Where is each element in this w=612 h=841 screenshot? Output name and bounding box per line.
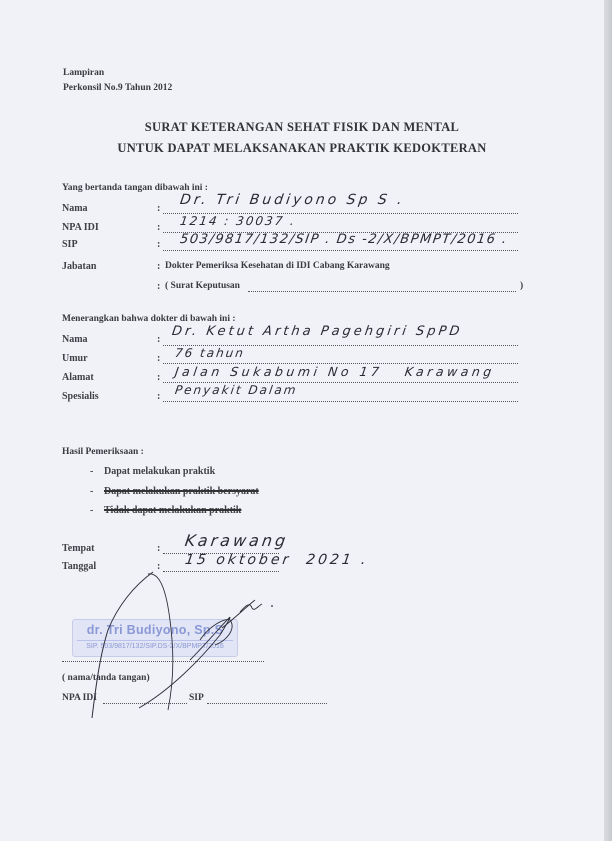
decree-open: ( Surat Keputusan: [165, 281, 240, 291]
position-value: Dokter Pemeriksa Kesehatan di IDI Cabang…: [165, 261, 390, 271]
subject-address-label: Alamat: [62, 372, 94, 383]
signer-sip-label: SIP: [62, 239, 78, 250]
subject-age-value: 76 tahun: [174, 346, 246, 360]
signer-sip-line: [163, 249, 518, 251]
attachment-label: Lampiran: [63, 68, 104, 78]
signer-sip-value: 503/9817/132/SIP . Ds -2/X/BPMPT/2016 .: [179, 232, 509, 247]
date-value: 15 oktober 2021 .: [184, 552, 370, 568]
signer-name-value: Dr. Tri Budiyono Sp S .: [179, 192, 406, 208]
subject-intro: Menerangkan bahwa dokter di bawah ini :: [62, 314, 236, 324]
sip-line: [207, 702, 327, 704]
result-option-2-text: Dapat melakukan praktik bersyarat: [104, 486, 259, 497]
signature-caption: ( nama/tanda tangan): [62, 673, 150, 683]
colon: :: [157, 261, 160, 272]
scan-edge: [604, 0, 612, 841]
result-option-3-text: Tidak dapat melakukan praktik: [104, 505, 241, 516]
signature-line: [62, 660, 264, 662]
colon: :: [157, 353, 160, 364]
stamp-sip: SIP. 503/9817/132/SIP.DS-2/X/BPMPT/2016: [77, 640, 233, 650]
colon: :: [157, 334, 160, 345]
place-label: Tempat: [62, 543, 94, 554]
colon: :: [157, 561, 160, 572]
colon: :: [157, 239, 160, 250]
result-option-1-text: Dapat melakukan praktik: [104, 466, 215, 477]
subject-age-label: Umur: [62, 353, 88, 364]
result-option-2: -Dapat melakukan praktik bersyarat: [90, 486, 259, 497]
place-value: Karawang: [184, 531, 290, 550]
result-option-3: -Tidak dapat melakukan praktik: [90, 505, 241, 516]
colon: :: [157, 543, 160, 554]
subject-specialty-line: [163, 400, 518, 402]
signer-npa-label: NPA IDI: [62, 222, 99, 233]
decree-line: [248, 290, 516, 292]
document-title-line2: UNTUK DAPAT MELAKSANAKAN PRAKTIK KEDOKTE…: [0, 141, 604, 156]
stamp-name: dr. Tri Budiyono, Sp.S: [73, 623, 237, 637]
colon: :: [157, 372, 160, 383]
results-heading: Hasil Pemeriksaan :: [62, 447, 144, 457]
subject-name-value: Dr. Ketut Artha Pagehgiri SpPD: [171, 324, 463, 339]
subject-specialty-label: Spesialis: [62, 391, 99, 402]
subject-specialty-value: Penyakit Dalam: [174, 383, 298, 397]
subject-name-label: Nama: [62, 334, 88, 345]
document-title-line1: SURAT KETERANGAN SEHAT FISIK DAN MENTAL: [0, 120, 604, 135]
sip-label: SIP: [189, 693, 204, 703]
decree-close: ): [520, 281, 523, 291]
regulation-reference: Perkonsil No.9 Tahun 2012: [63, 83, 172, 93]
colon: :: [157, 391, 160, 402]
npa-idi-line: [103, 702, 187, 704]
npa-idi-label: NPA IDI: [62, 693, 97, 703]
colon: :: [157, 222, 160, 233]
colon: :: [157, 203, 160, 214]
document-page: Lampiran Perkonsil No.9 Tahun 2012 SURAT…: [0, 0, 604, 841]
result-option-1: -Dapat melakukan praktik: [90, 466, 215, 477]
date-line: [163, 570, 279, 572]
date-label: Tanggal: [62, 561, 96, 572]
signer-name-label: Nama: [62, 203, 88, 214]
colon: :: [157, 281, 160, 292]
subject-address-value: Jalan Sukabumi No 17 Karawang: [174, 364, 496, 379]
position-label: Jabatan: [62, 261, 96, 272]
signer-npa-value: 1214 : 30037 .: [179, 214, 297, 228]
doctor-stamp: dr. Tri Budiyono, Sp.S SIP. 503/9817/132…: [72, 619, 238, 657]
